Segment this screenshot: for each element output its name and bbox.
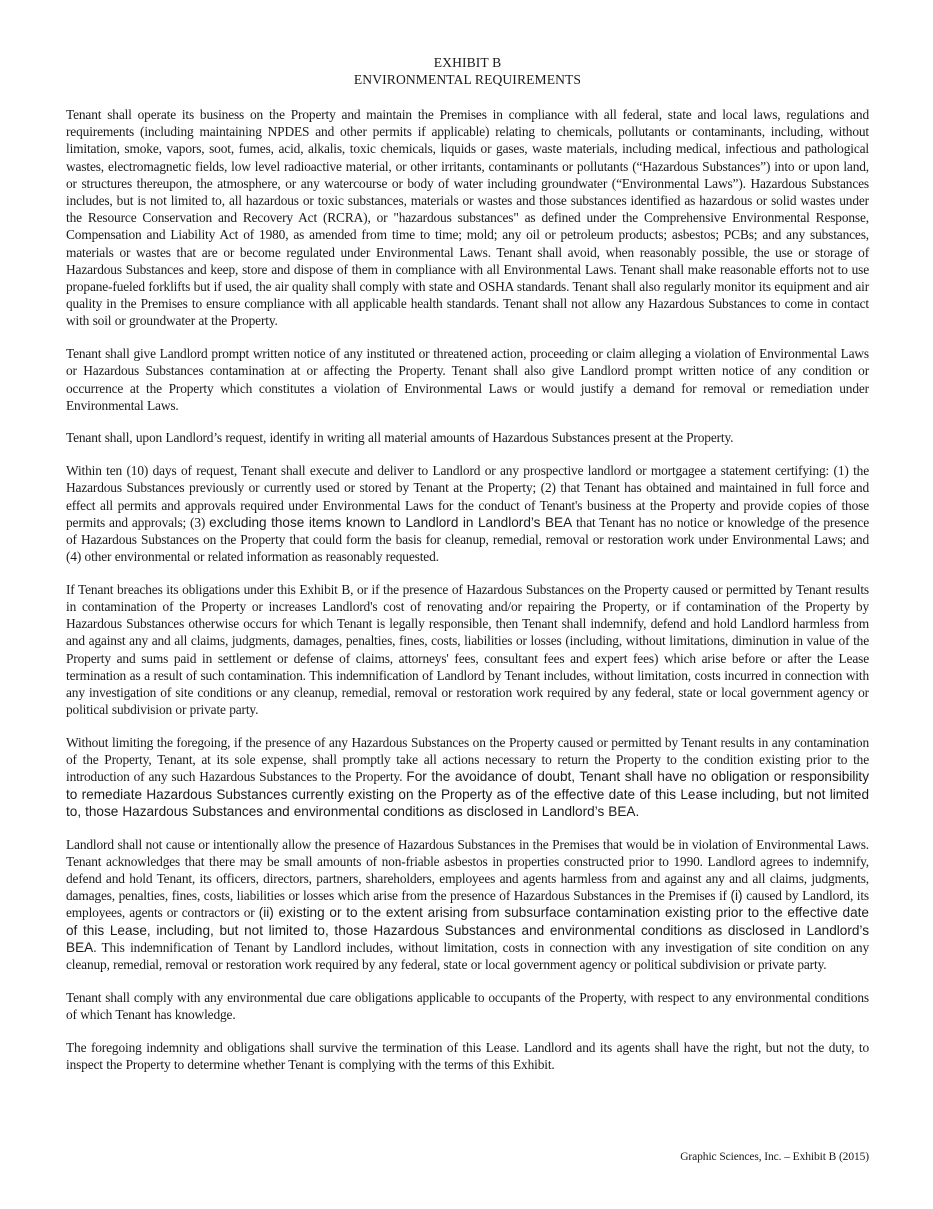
paragraph-survival: The foregoing indemnity and obligations … bbox=[66, 1039, 869, 1073]
document-title: ENVIRONMENTAL REQUIREMENTS bbox=[66, 71, 869, 88]
paragraph-identify: Tenant shall, upon Landlord’s request, i… bbox=[66, 429, 869, 446]
inserted-clause: excluding those items known to Landlord … bbox=[209, 515, 572, 530]
paragraph-compliance: Tenant shall operate its business on the… bbox=[66, 106, 869, 330]
paragraph-remediation: Without limiting the foregoing, if the p… bbox=[66, 734, 869, 820]
paragraph-landlord-indemnity: Landlord shall not cause or intentionall… bbox=[66, 836, 869, 974]
paragraph-tenant-indemnity: If Tenant breaches its obligations under… bbox=[66, 581, 869, 719]
document-header: EXHIBIT B ENVIRONMENTAL REQUIREMENTS bbox=[66, 54, 869, 88]
paragraph-notice: Tenant shall give Landlord prompt writte… bbox=[66, 345, 869, 414]
paragraph-certification: Within ten (10) days of request, Tenant … bbox=[66, 462, 869, 565]
text-segment: . This indemnification of Tenant by Land… bbox=[66, 940, 869, 972]
page-footer: Graphic Sciences, Inc. – Exhibit B (2015… bbox=[680, 1151, 869, 1163]
document-page: EXHIBIT B ENVIRONMENTAL REQUIREMENTS Ten… bbox=[66, 54, 869, 1088]
inserted-clause: (i) bbox=[731, 888, 743, 903]
paragraph-due-care: Tenant shall comply with any environment… bbox=[66, 989, 869, 1023]
exhibit-label: EXHIBIT B bbox=[66, 54, 869, 71]
